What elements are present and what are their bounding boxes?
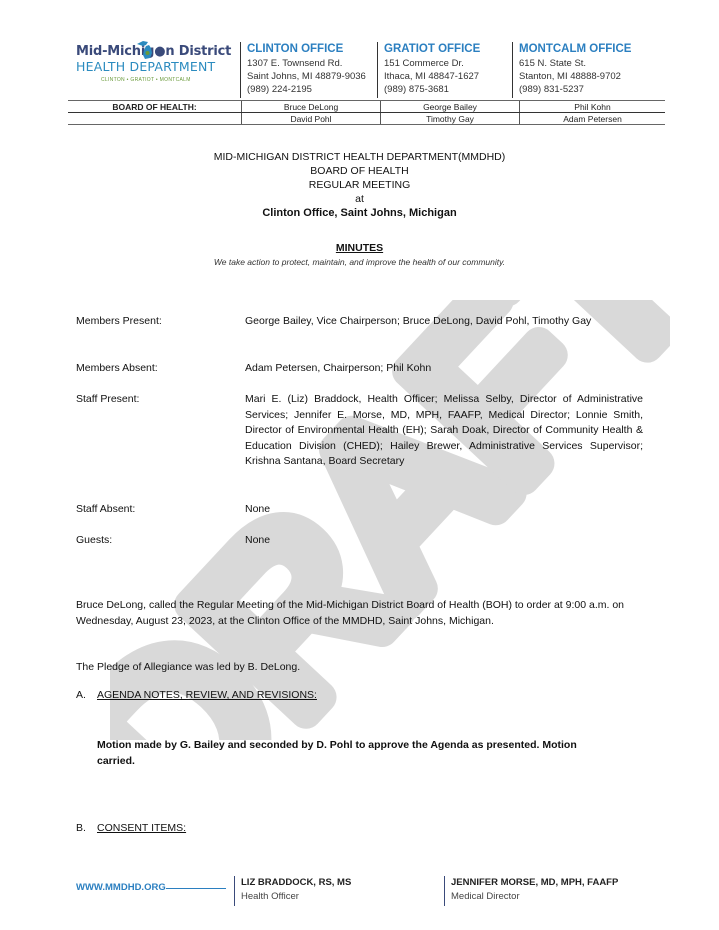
call-to-order-paragraph: Bruce DeLong, called the Regular Meeting… — [76, 598, 656, 629]
footer-divider — [166, 888, 226, 889]
title-line-1: MID-MICHIGAN DISTRICT HEALTH DEPARTMENT(… — [0, 150, 719, 164]
board-label: BOARD OF HEALTH: — [68, 101, 242, 113]
title-location: Clinton Office, Saint Johns, Michigan — [0, 206, 719, 220]
staff-absent-label: Staff Absent: — [76, 503, 135, 515]
section-heading: AGENDA NOTES, REVIEW, AND REVISIONS: — [97, 689, 317, 701]
document-title: MID-MICHIGAN DISTRICT HEALTH DEPARTMENT(… — [0, 150, 719, 220]
office-phone: (989) 875-3681 — [384, 83, 512, 96]
motion-text: Motion made by G. Bailey and seconded by… — [97, 738, 617, 769]
office-addresses: CLINTON OFFICE 1307 E. Townsend Rd. Sain… — [240, 42, 660, 98]
section-heading: CONSENT ITEMS: — [97, 822, 186, 834]
members-absent-label: Members Absent: — [76, 362, 158, 374]
signatory-role: Medical Director — [451, 890, 618, 904]
office-city: Stanton, MI 48888-9702 — [519, 70, 659, 83]
office-name: GRATIOT OFFICE — [384, 42, 512, 57]
office-phone: (989) 224-2195 — [247, 83, 377, 96]
signatory-name: LIZ BRADDOCK, RS, MS — [241, 876, 351, 890]
mmdhd-logo: Mid-Michig●n District HEALTH DEPARTMENT … — [76, 44, 226, 100]
signatory-role: Health Officer — [241, 890, 351, 904]
office-gratiot: GRATIOT OFFICE 151 Commerce Dr. Ithaca, … — [377, 42, 512, 98]
section-b: B.CONSENT ITEMS: — [76, 822, 186, 834]
michigan-map-icon — [134, 38, 156, 60]
title-line-4: at — [0, 192, 719, 206]
signatory-name: JENNIFER MORSE, MD, MPH, FAAFP — [451, 876, 618, 890]
signatory-medical-director: JENNIFER MORSE, MD, MPH, FAAFP Medical D… — [444, 876, 618, 906]
document-page: DRAFT Mid-Michig●n District HEALTH DEPAR… — [0, 0, 719, 930]
signatory-health-officer: LIZ BRADDOCK, RS, MS Health Officer — [234, 876, 351, 906]
title-line-2: BOARD OF HEALTH — [0, 164, 719, 178]
staff-present-value: Mari E. (Liz) Braddock, Health Officer; … — [245, 392, 643, 470]
board-of-health-table: BOARD OF HEALTH: Bruce DeLong George Bai… — [68, 100, 665, 125]
office-street: 151 Commerce Dr. — [384, 57, 512, 70]
website-link[interactable]: WWW.MMDHD.ORG — [76, 882, 166, 893]
board-label-empty — [68, 113, 242, 125]
page-footer: WWW.MMDHD.ORG LIZ BRADDOCK, RS, MS Healt… — [76, 876, 676, 910]
board-member: Phil Kohn — [520, 101, 666, 113]
office-clinton: CLINTON OFFICE 1307 E. Townsend Rd. Sain… — [240, 42, 377, 98]
board-member: Timothy Gay — [381, 113, 520, 125]
members-absent-value: Adam Petersen, Chairperson; Phil Kohn — [245, 361, 645, 377]
table-row: David Pohl Timothy Gay Adam Petersen — [68, 113, 665, 125]
staff-absent-value: None — [245, 502, 645, 518]
mission-statement: We take action to protect, maintain, and… — [200, 257, 519, 268]
office-street: 615 N. State St. — [519, 57, 659, 70]
members-present-label: Members Present: — [76, 315, 162, 327]
office-city: Saint Johns, MI 48879-9036 — [247, 70, 377, 83]
logo-line-2: HEALTH DEPARTMENT — [76, 59, 226, 74]
staff-present-label: Staff Present: — [76, 393, 139, 405]
section-letter: A. — [76, 689, 97, 701]
office-city: Ithaca, MI 48847-1627 — [384, 70, 512, 83]
guests-label: Guests: — [76, 534, 112, 546]
title-line-3: REGULAR MEETING — [0, 178, 719, 192]
office-name: CLINTON OFFICE — [247, 42, 377, 57]
section-letter: B. — [76, 822, 97, 834]
logo-counties: CLINTON • GRATIOT • MONTCALM — [76, 77, 226, 83]
members-present-value: George Bailey, Vice Chairperson; Bruce D… — [245, 314, 625, 330]
office-montcalm: MONTCALM OFFICE 615 N. State St. Stanton… — [512, 42, 659, 98]
board-member: George Bailey — [381, 101, 520, 113]
table-row: BOARD OF HEALTH: Bruce DeLong George Bai… — [68, 101, 665, 113]
board-member: Adam Petersen — [520, 113, 666, 125]
section-a: A.AGENDA NOTES, REVIEW, AND REVISIONS: — [76, 689, 317, 701]
pledge-paragraph: The Pledge of Allegiance was led by B. D… — [76, 660, 656, 676]
office-name: MONTCALM OFFICE — [519, 42, 659, 57]
office-street: 1307 E. Townsend Rd. — [247, 57, 377, 70]
board-member: David Pohl — [242, 113, 381, 125]
minutes-heading: MINUTES — [0, 242, 719, 254]
office-phone: (989) 831-5237 — [519, 83, 659, 96]
board-member: Bruce DeLong — [242, 101, 381, 113]
guests-value: None — [245, 533, 645, 549]
